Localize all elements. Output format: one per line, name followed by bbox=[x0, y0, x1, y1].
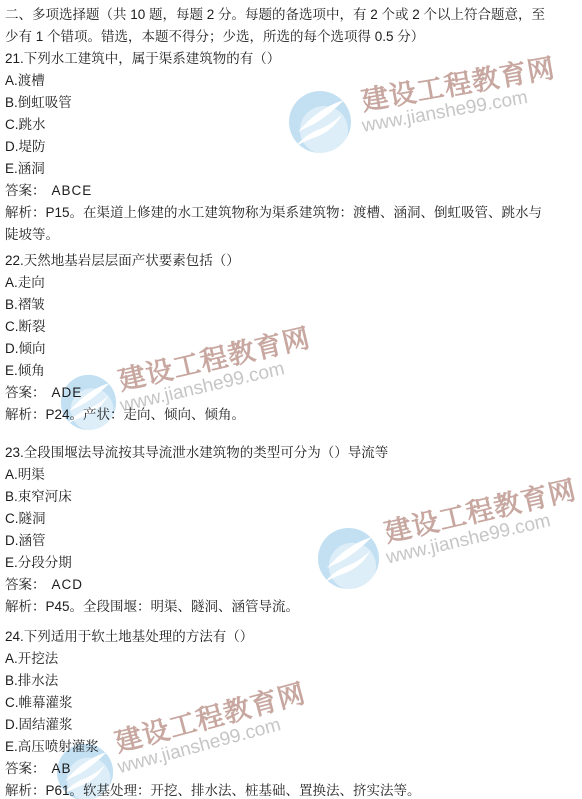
option-c: C.跳水 bbox=[5, 114, 582, 136]
analysis-line: 陡坡等。 bbox=[5, 224, 582, 246]
analysis-line: 解析：P15。在渠道上修建的水工建筑物称为渠系建筑物：渡槽、涵洞、倒虹吸管、跳水… bbox=[5, 202, 582, 224]
document-page: 建设工程教育网 www.jianshe99.com 建设工程教育网 www.ji… bbox=[0, 0, 582, 799]
answer-value: ADE bbox=[52, 385, 83, 400]
answer-value: ACD bbox=[52, 577, 84, 592]
analysis-line: 解析：P24。产状：走向、倾向、倾角。 bbox=[5, 404, 582, 426]
question-22: 22.天然地基岩层层面产状要素包括（） A.走向 B.褶皱 C.断裂 D.倾向 … bbox=[5, 250, 582, 426]
option-d: D.固结灌浆 bbox=[5, 714, 582, 736]
option-a: A.渡槽 bbox=[5, 70, 582, 92]
option-b: B.排水法 bbox=[5, 670, 582, 692]
answer-label: 答案： bbox=[5, 577, 46, 592]
answer-line: 答案：ACD bbox=[5, 574, 582, 596]
answer-label: 答案： bbox=[5, 761, 46, 776]
answer-line: 答案：AB bbox=[5, 758, 582, 780]
option-e: E.高压喷射灌浆 bbox=[5, 736, 582, 758]
answer-value: AB bbox=[52, 761, 72, 776]
answer-value: ABCE bbox=[52, 183, 93, 198]
option-d: D.涵管 bbox=[5, 530, 582, 552]
option-b: B.褶皱 bbox=[5, 294, 582, 316]
option-e: E.涵洞 bbox=[5, 158, 582, 180]
option-e: E.分段分期 bbox=[5, 552, 582, 574]
exam-content: 二、多项选择题（共 10 题，每题 2 分。每题的备选项中，有 2 个或 2 个… bbox=[0, 0, 582, 799]
question-23: 23.全段围堰法导流按其导流泄水建筑物的类型可分为（）导流等 A.明渠 B.束窄… bbox=[5, 442, 582, 618]
question-24: 24.下列适用于软土地基处理的方法有（） A.开挖法 B.排水法 C.帷幕灌浆 … bbox=[5, 626, 582, 799]
option-a: A.明渠 bbox=[5, 464, 582, 486]
option-d: D.倾向 bbox=[5, 338, 582, 360]
question-stem: 21.下列水工建筑中，属于渠系建筑物的有（） bbox=[5, 48, 582, 70]
option-a: A.走向 bbox=[5, 272, 582, 294]
answer-label: 答案： bbox=[5, 183, 46, 198]
section-header-line-2: 少有 1 个错项。错选，本题不得分；少选，所选的每个选项得 0.5 分） bbox=[5, 26, 582, 48]
option-e: E.倾角 bbox=[5, 360, 582, 382]
question-stem: 23.全段围堰法导流按其导流泄水建筑物的类型可分为（）导流等 bbox=[5, 442, 582, 464]
question-stem: 22.天然地基岩层层面产状要素包括（） bbox=[5, 250, 582, 272]
answer-line: 答案：ADE bbox=[5, 382, 582, 404]
question-21: 21.下列水工建筑中，属于渠系建筑物的有（） A.渡槽 B.倒虹吸管 C.跳水 … bbox=[5, 48, 582, 246]
option-c: C.隧洞 bbox=[5, 508, 582, 530]
question-stem: 24.下列适用于软土地基处理的方法有（） bbox=[5, 626, 582, 648]
option-c: C.断裂 bbox=[5, 316, 582, 338]
analysis-line: 解析：P61。软基处理：开挖、排水法、桩基础、置换法、挤实法等。 bbox=[5, 780, 582, 799]
option-a: A.开挖法 bbox=[5, 648, 582, 670]
analysis-line: 解析：P45。全段围堰：明渠、隧洞、涵管导流。 bbox=[5, 596, 582, 618]
option-b: B.束窄河床 bbox=[5, 486, 582, 508]
option-c: C.帷幕灌浆 bbox=[5, 692, 582, 714]
option-d: D.堤防 bbox=[5, 136, 582, 158]
answer-label: 答案： bbox=[5, 385, 46, 400]
answer-line: 答案：ABCE bbox=[5, 180, 582, 202]
section-header-line-1: 二、多项选择题（共 10 题，每题 2 分。每题的备选项中，有 2 个或 2 个… bbox=[5, 4, 582, 26]
option-b: B.倒虹吸管 bbox=[5, 92, 582, 114]
